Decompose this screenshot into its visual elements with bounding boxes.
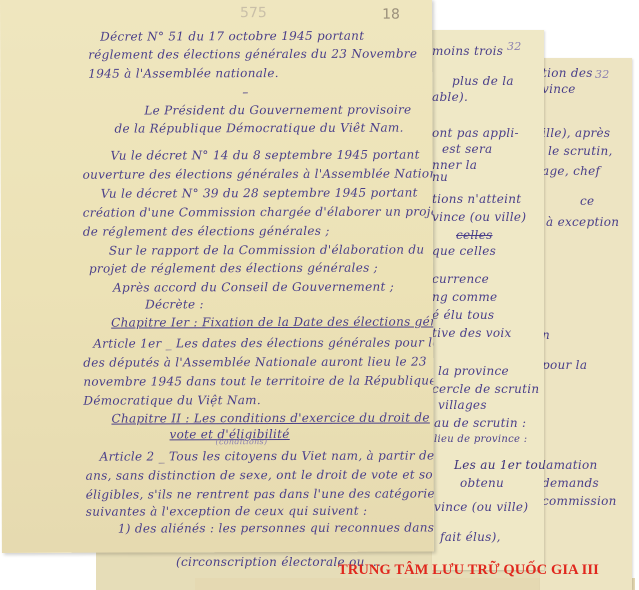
text-line: à exception xyxy=(546,215,619,229)
text-line: demands xyxy=(542,476,599,490)
text-line: plus de la xyxy=(452,74,514,88)
page-number: 18 xyxy=(382,7,400,23)
article-text: Article 1er _ Les dates des élections gé… xyxy=(93,335,434,350)
text-line: ng comme xyxy=(432,290,497,304)
text-line: ouverture des élections générales à l'As… xyxy=(83,166,434,181)
article-text: ans, sans distinction de sexe, ont le dr… xyxy=(86,467,434,482)
text-line: fait élus), xyxy=(440,530,501,544)
text-line: la province xyxy=(438,364,509,378)
page-number: 32 xyxy=(595,68,610,81)
text-line: able). xyxy=(432,90,468,104)
text-line: é élu tous xyxy=(432,308,494,322)
text-line: pour la xyxy=(542,358,587,372)
text-line: tive des voix xyxy=(432,326,512,340)
text-line: nu xyxy=(432,170,448,184)
article-text: Article 2 _ Tous les citoyens du Viet na… xyxy=(100,448,434,463)
decree-title: 1945 à l'Assemblée nationale. xyxy=(88,66,279,81)
text-line: Après accord du Conseil de Gouvernement … xyxy=(113,280,394,295)
article-text: 1) des aliénés : les personnes qui recon… xyxy=(118,520,434,535)
annotation: (conditions) xyxy=(216,437,268,446)
front-page: 575 18 Décret N° 51 du 17 octobre 1945 p… xyxy=(0,0,434,553)
separator: – xyxy=(242,85,248,99)
text-line: Vu le décret N° 14 du 8 septembre 1945 p… xyxy=(111,148,420,163)
chapter-heading: Chapitre Ier : Fixation de la Date des é… xyxy=(111,314,434,329)
text-line: lamation xyxy=(542,458,598,472)
text-line: est sera xyxy=(442,142,492,156)
decree-title: Décret N° 51 du 17 octobre 1945 portant xyxy=(100,29,364,44)
text-line: ce xyxy=(580,194,594,208)
page-number-faint: 575 xyxy=(240,5,267,21)
text-line: celles xyxy=(456,228,493,242)
text-line: villages xyxy=(438,398,487,412)
text-line: Sur le rapport de la Commission d'élabor… xyxy=(109,243,425,258)
text-line: tions n'atteint xyxy=(432,192,521,206)
page-number: 32 xyxy=(507,40,522,53)
back-page-middle: 32 moins trois plus de la able). ont pas… xyxy=(432,30,544,570)
text-line: moins trois xyxy=(432,44,503,58)
text-line: lieu de province : xyxy=(434,434,527,445)
article-text: éligibles, s'ils ne rentrent pas dans l'… xyxy=(86,486,434,501)
text-line: vince xyxy=(542,82,576,96)
text-line: Le Président du Gouvernement provisoire xyxy=(144,103,411,118)
text-line: Vu le décret N° 39 du 28 septembre 1945 … xyxy=(101,186,418,201)
article-text: des députés à l'Assemblée Nationale auro… xyxy=(83,355,427,370)
text-line: projet de réglement des élections généra… xyxy=(89,261,378,276)
chapter-heading: Chapitre II : Les conditions d'exercice … xyxy=(111,411,429,426)
text-line: ont pas appli- xyxy=(432,126,519,140)
article-text: Démocratique du Việt Nam. xyxy=(83,393,261,408)
text-line: tion des xyxy=(542,66,593,80)
text-line: au de scrutin : xyxy=(434,416,526,430)
text-line: de réglement des élections générales ; xyxy=(83,224,330,239)
text-line: ille), après xyxy=(542,126,610,140)
archive-watermark: TRUNG TÂM LƯU TRỮ QUỐC GIA III xyxy=(338,562,599,579)
text-line: obtenu xyxy=(460,476,504,490)
text-line: Les au 1er tour xyxy=(454,458,544,472)
text-line: création d'une Commission chargée d'élab… xyxy=(83,204,434,219)
text-line: cercle de scrutin xyxy=(432,382,539,396)
text-line: vince (ou ville) xyxy=(434,500,528,514)
text-line: age, chef xyxy=(542,164,600,178)
text-line: vince (ou ville) xyxy=(432,210,526,224)
text-line: de la République Démocratique du Viêt Na… xyxy=(114,121,403,136)
text-line: currence xyxy=(432,272,489,286)
article-text: novembre 1945 dans tout le territoire de… xyxy=(83,373,434,388)
text-line: que celles xyxy=(432,244,496,258)
back-page-right: 32 tion des vince ille), après le scruti… xyxy=(540,58,632,590)
article-text: suivantes à l'exception de ceux qui suiv… xyxy=(86,504,368,519)
decree-title: réglement des élections générales du 23 … xyxy=(88,47,417,62)
text-line: commission xyxy=(542,494,617,508)
text-line: le scrutin, xyxy=(548,144,613,158)
text-line: Décrète : xyxy=(145,297,204,311)
